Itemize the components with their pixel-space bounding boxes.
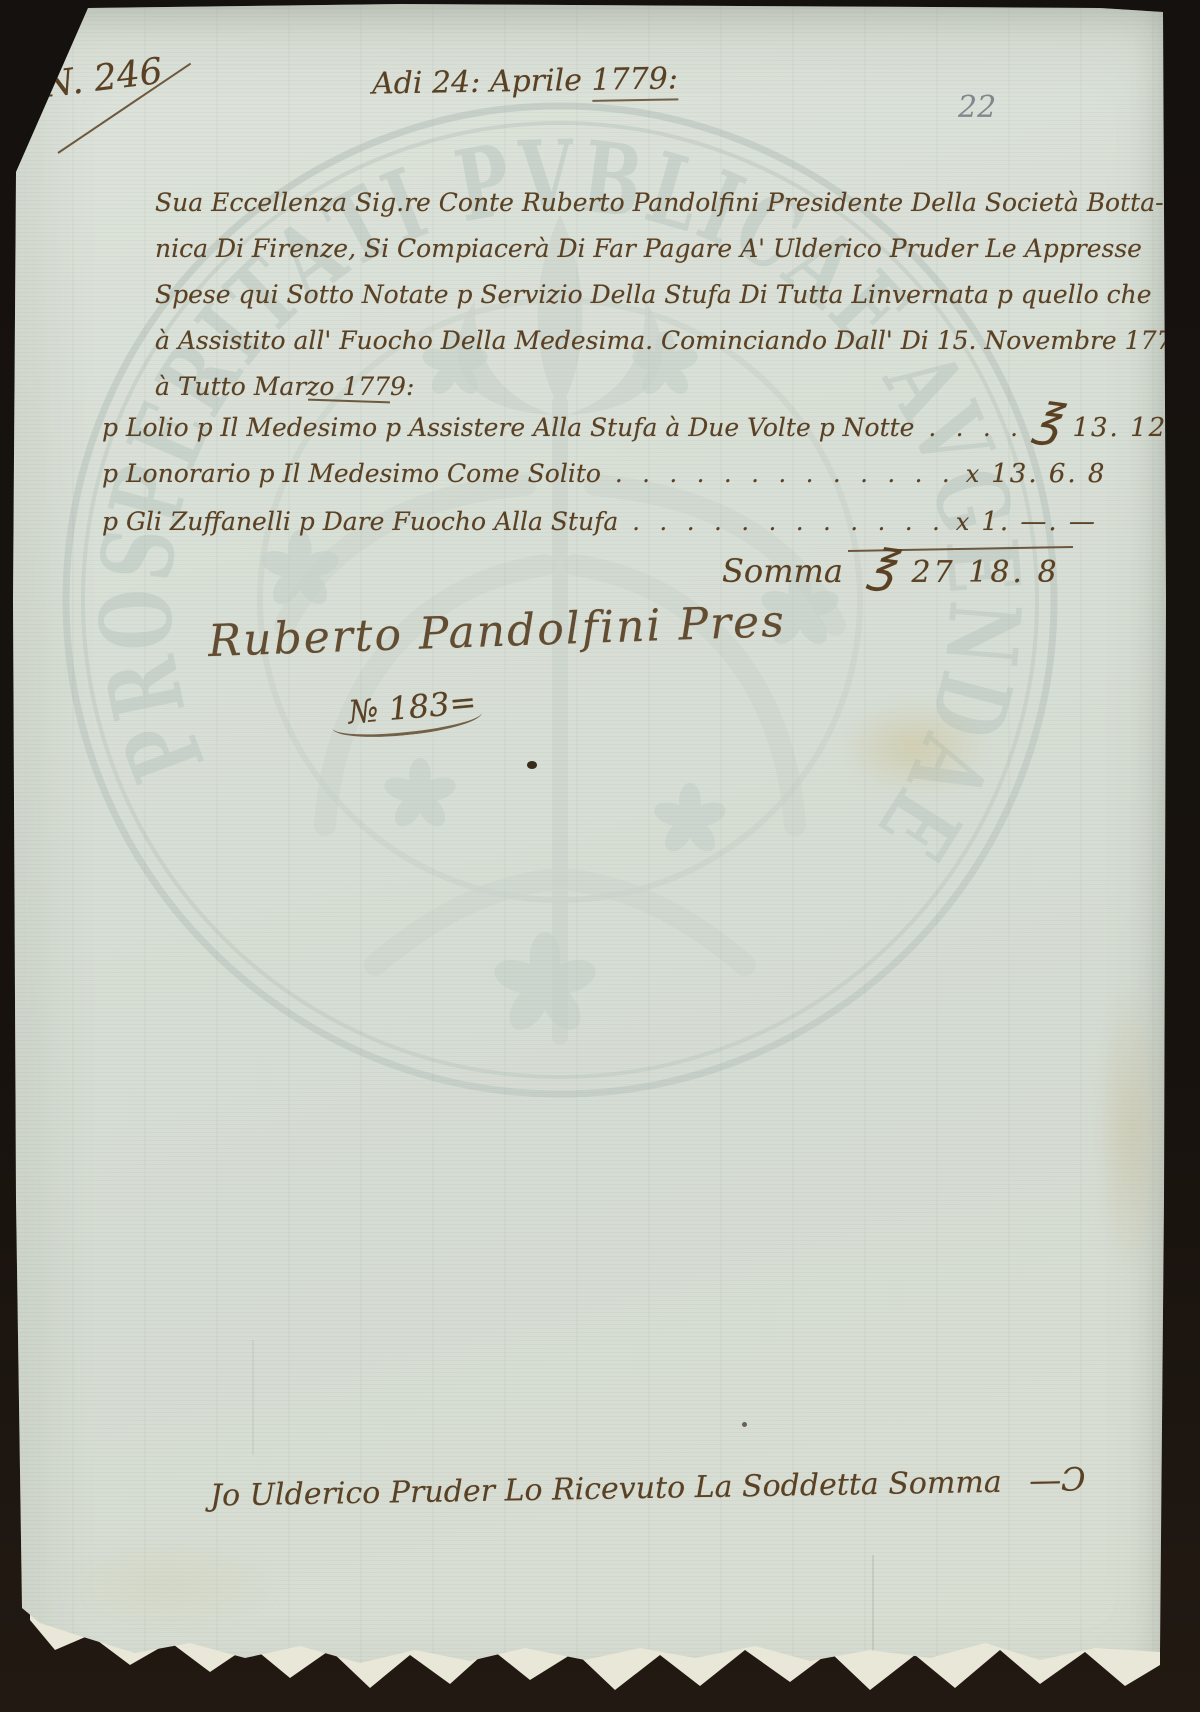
total-label: Somma [722, 552, 843, 590]
fold-crease [252, 1340, 254, 1455]
lira-symbol: ℥ [868, 554, 897, 578]
stain [60, 1540, 280, 1630]
ink-speck [742, 1422, 747, 1427]
ditto-symbol: x [956, 508, 970, 536]
pencil-page-number: 22 [958, 90, 996, 125]
scan-background: PROSPERITATI PVBLICAE AVGENDAE [0, 0, 1200, 1712]
expense-amount: 13. 6. 8 [991, 459, 1106, 489]
expense-label: p Lolio p Il Medesimo p Assistere Alla S… [102, 413, 914, 442]
date-year: 1779: [591, 61, 678, 102]
body-line: à Assistito all' Fuocho Della Medesima. … [155, 318, 1188, 364]
body-paragraph: Sua Eccellenza Sig.re Conte Ruberto Pand… [155, 180, 1188, 410]
receipt-text: Jo Ulderico Pruder Lo Ricevuto La Soddet… [210, 1465, 1002, 1514]
body-line: nica Di Firenze, Si Compiacerà Di Far Pa… [155, 226, 1188, 272]
ditto-symbol: x [966, 460, 980, 488]
body-line: Sua Eccellenza Sig.re Conte Ruberto Pand… [155, 180, 1188, 226]
body-line: à Tutto Marzo 1779: [155, 364, 1188, 410]
leader-dots: . . . . . . . . . . . . [632, 508, 945, 536]
expense-amount: 13. 12. — [1072, 413, 1200, 443]
total-amount: 27 18. 8 [912, 555, 1060, 590]
total-row: Somma ℥ 27 18. 8 [722, 552, 1072, 590]
expense-label: p Lonorario p Il Medesimo Come Solito [102, 459, 601, 488]
body-line: Spese qui Sotto Notate p Servizio Della … [155, 272, 1188, 318]
leader-dots: . . . . . . . . . . . . . [615, 460, 956, 488]
expense-row: p Lonorario p Il Medesimo Come Solito . … [102, 459, 1070, 489]
document-page: PROSPERITATI PVBLICAE AVGENDAE [0, 0, 1200, 1712]
expense-label: p Gli Zuffanelli p Dare Fuocho Alla Stuf… [102, 507, 618, 536]
receipt-line: Jo Ulderico Pruder Lo Ricevuto La Soddet… [210, 1460, 1086, 1513]
ink-speck [527, 761, 537, 769]
leader-dots: . . . . [928, 414, 1023, 442]
stain [1095, 980, 1165, 1280]
expense-row: p Lolio p Il Medesimo p Assistere Alla S… [102, 410, 1070, 443]
date-line: Adi 24: Aprile 1779: [372, 61, 679, 101]
date-prefix: Adi 24: Aprile [372, 63, 592, 102]
receipt-flourish: —Ɔ [1029, 1460, 1086, 1499]
lira-symbol: ℥ [1033, 408, 1062, 432]
expense-row: p Gli Zuffanelli p Dare Fuocho Alla Stuf… [102, 507, 1070, 537]
expense-amount: 1. —. — [981, 507, 1097, 537]
